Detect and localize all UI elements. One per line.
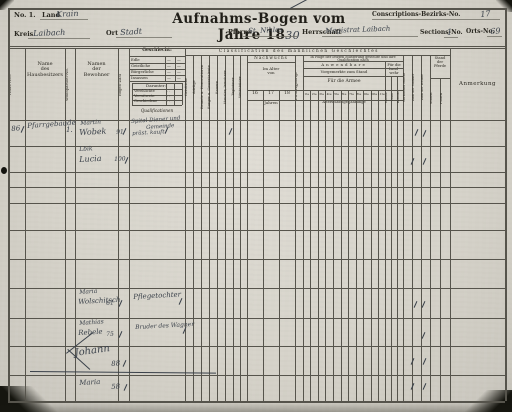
grid-hline <box>185 55 450 56</box>
nachwuchs-age-cell: 18 <box>279 92 295 97</box>
grid-vline <box>356 90 357 401</box>
tally-mark <box>124 384 128 391</box>
grid-vline <box>397 76 398 401</box>
grid-vline <box>450 48 451 401</box>
handwritten-entry: 1 <box>447 28 452 37</box>
sex-box-row-label: Edle <box>131 58 140 62</box>
grid-hline <box>8 187 505 188</box>
grid-hline <box>8 203 505 204</box>
photo-edge-shadow <box>0 402 512 412</box>
classification-column-label: Bürger u. Gewerbsleute <box>208 57 216 117</box>
grid-vline <box>363 90 364 401</box>
herrschaft-underline <box>322 36 418 37</box>
handwritten-entry: St. Niklas <box>248 26 283 35</box>
classification-column-label: Bauern <box>216 57 224 117</box>
grid-hline <box>8 8 505 10</box>
tally-mark <box>415 129 419 136</box>
handwritten-entry: Lbik <box>79 145 93 153</box>
grid-vline <box>378 90 379 401</box>
scanned-census-form: No. 1. Land Aufnahms-Bogen vom Jahre 183… <box>0 0 512 412</box>
pen-stroke <box>30 371 216 374</box>
sex-box-row-dash: — <box>167 58 171 62</box>
handwritten-entry: Magistrat Laibach <box>325 25 390 35</box>
horses-column-label: Stuten <box>430 80 440 117</box>
sex-box-sub-row-label: Verwitwete <box>134 95 155 99</box>
sections-underline <box>444 37 458 38</box>
column-header-inhabitants: Namen der Bewohner <box>75 62 118 78</box>
tally-mark <box>423 130 427 137</box>
grid-hline <box>8 48 505 49</box>
grid-hline <box>385 76 403 77</box>
column-header-owner-name: Name des Hausbesitzers <box>25 62 65 78</box>
handwritten-entry: präst. kauft <box>132 129 165 137</box>
handwritten-entry: 61 <box>106 300 114 307</box>
handwritten-entry: Maria <box>79 378 100 387</box>
handwritten-entry: Krain <box>56 9 79 19</box>
sex-box-row-dash: — <box>177 76 181 80</box>
nachwuchs-title: Nachwuchs <box>247 56 295 60</box>
grid-vline <box>279 90 280 401</box>
grid-vline <box>325 90 326 401</box>
grid-hline <box>132 83 182 84</box>
kreis-label: Kreis <box>14 31 33 38</box>
horses-column-label: Füllen <box>440 80 450 117</box>
sex-box-row-dash: — <box>177 58 181 62</box>
handwritten-entry: 17 <box>480 9 491 19</box>
sex-box-title: Geschlecht: <box>129 49 185 54</box>
handwritten-entry: Stadt <box>120 27 142 37</box>
grid-hline <box>247 100 403 101</box>
grid-hline <box>132 105 182 106</box>
handwritten-entry: Wobek <box>79 127 107 137</box>
age-class-cell: 6te <box>340 93 347 96</box>
tally-mark <box>422 301 426 308</box>
sex-box-sub-row-dots: . . <box>167 95 170 99</box>
classification-column-label: Adelige <box>193 57 201 117</box>
handwritten-entry: 88 <box>111 359 120 368</box>
classification-column-label: Geistliche <box>185 57 193 117</box>
sex-box-sub-row-dots: . . <box>167 90 170 94</box>
column-header-house-number: Haus-Nro. <box>8 54 25 116</box>
sex-box-row-dash: — <box>177 64 181 68</box>
grid-vline <box>348 90 349 401</box>
musterung-line3: Vorgemerkte zum Stand <box>303 70 385 74</box>
grid-vline <box>132 83 133 105</box>
photo-corner-bottom-left <box>0 386 68 412</box>
conscription-underline <box>372 19 500 20</box>
tally-mark <box>123 360 127 367</box>
sex-box-sub-row-label: Geschiedene <box>134 100 157 104</box>
photo-corner-top-right <box>496 0 512 12</box>
kreis-underline <box>28 38 90 39</box>
tally-mark <box>119 331 123 338</box>
grid-vline <box>65 48 66 401</box>
ort-label: Ort <box>106 30 118 37</box>
column-header-twenty-year-olds: Zwanzigjährige <box>295 55 303 117</box>
pfarre-underline <box>243 36 297 37</box>
grid-vline <box>8 8 10 401</box>
classification-column-label: Häusler, Inwohner <box>224 57 232 117</box>
nachwuchs-subtitle: Im Alter von <box>247 67 295 75</box>
age-class-cell: 11te <box>378 93 385 96</box>
grid-vline <box>174 83 175 105</box>
handwritten-entry: Pflegetochter <box>133 290 181 300</box>
handwritten-entry: Lucia <box>79 154 102 164</box>
nachwuchs-age-cell: 17 <box>263 92 279 97</box>
tally-mark <box>423 358 427 365</box>
musterung-line4: Für die Armee <box>303 80 385 85</box>
column-header-sheet-number: Bogen-Zahl <box>118 54 129 116</box>
age-class-cell: 7te <box>348 93 355 96</box>
column-header-remark: Anmerkung <box>450 82 505 88</box>
conscription-district-label: Conscriptions-Bezirks-No. <box>372 12 460 18</box>
sections-no-label: Sections-No. <box>420 30 463 36</box>
age-class-cell: 2te <box>310 93 317 96</box>
grid-hline <box>8 46 505 47</box>
classification-column-label: Weibsbilder <box>239 57 247 117</box>
sex-box-row-label: Bürgerliche <box>131 70 154 74</box>
grid-hline <box>8 401 505 403</box>
tally-mark <box>414 301 418 308</box>
grid-hline <box>247 62 295 63</box>
grid-vline <box>440 78 441 401</box>
sex-box-sub-row-label: Verehlichte <box>134 90 155 94</box>
grid-vline <box>25 48 26 401</box>
sex-box-row-dash: — <box>177 70 181 74</box>
grid-vline <box>371 90 372 401</box>
right-column-label: Zahl der Weiber <box>421 57 430 117</box>
nachwuchs-caption: Jahren <box>247 101 295 105</box>
grid-vline <box>505 8 507 401</box>
handwritten-entry: 86 <box>11 124 21 133</box>
grid-vline <box>129 48 130 401</box>
ink-speck <box>1 167 7 174</box>
sex-box-row-label: Geistliche <box>131 64 150 68</box>
age-class-cell: 3te <box>318 93 325 96</box>
nachwuchs-age-cell: 16 <box>247 92 263 97</box>
grid-vline <box>318 90 319 401</box>
handwritten-entry: 1. <box>66 126 73 134</box>
grid-hline <box>8 375 505 376</box>
grid-vline <box>247 55 248 401</box>
age-classes-caption: Altersclassige Jährlinge <box>303 101 385 105</box>
sex-box-row-dash: — <box>167 64 171 68</box>
age-class-cell: 10te <box>370 93 377 96</box>
grid-vline <box>310 90 311 401</box>
age-class-cell: 4te <box>325 93 332 96</box>
grid-vline <box>118 48 119 401</box>
sex-box-row-dash: — <box>167 70 171 74</box>
landwehr-header: Für die Land- wehr <box>385 64 403 75</box>
handwritten-entry: Maria <box>79 288 98 296</box>
grid-hline <box>8 230 505 231</box>
grid-hline <box>303 68 403 69</box>
orts-underline <box>487 36 502 37</box>
grid-hline <box>8 259 505 260</box>
musterung-line2: Anwendbare <box>303 63 385 67</box>
land-underline <box>40 19 88 20</box>
grid-vline <box>391 76 392 401</box>
sex-box-row-label: Insassen <box>131 76 148 80</box>
grid-hline <box>129 81 185 82</box>
grid-vline <box>303 55 304 401</box>
grid-vline <box>295 55 296 401</box>
sex-box-sub-row-dots: . . <box>167 100 170 104</box>
tally-mark <box>422 332 426 339</box>
age-class-cell: 9te <box>363 93 370 96</box>
age-class-cell: 1te <box>303 93 310 96</box>
tally-mark <box>423 158 427 165</box>
column-header-dwelling-party: Wohnparthei-No. <box>65 54 75 116</box>
age-class-cell: 8te <box>355 93 362 96</box>
grid-vline <box>333 90 334 401</box>
right-column-label: Wirkliches Militär <box>403 57 412 117</box>
sex-box-row-dash: — <box>167 76 171 80</box>
grid-vline <box>341 90 342 401</box>
qualification-caption: Qualificationen <box>129 109 185 113</box>
form-number-label: No. 1. <box>14 12 35 19</box>
horses-box-title: Stand der Pferde <box>430 57 450 68</box>
handwritten-entry: Mathias <box>79 318 104 327</box>
grid-vline <box>182 83 183 105</box>
grid-hline <box>430 78 450 79</box>
grid-hline <box>8 172 505 173</box>
handwritten-entry: 69 <box>490 26 501 36</box>
grid-hline <box>303 61 403 62</box>
handwritten-entry: Wolschitsch <box>78 296 121 306</box>
grid-vline <box>263 90 264 401</box>
handwritten-entry: Martin <box>80 119 101 127</box>
right-column-label: Zahl der Männer <box>412 57 421 117</box>
tally-mark <box>423 383 427 390</box>
age-class-cell: 5te <box>333 93 340 96</box>
tally-mark <box>179 298 183 305</box>
ort-underline <box>116 37 172 38</box>
handwritten-entry: 75 <box>106 331 114 338</box>
handwritten-entry: 58 <box>111 383 120 391</box>
handwritten-entry: Laibach <box>33 28 65 38</box>
